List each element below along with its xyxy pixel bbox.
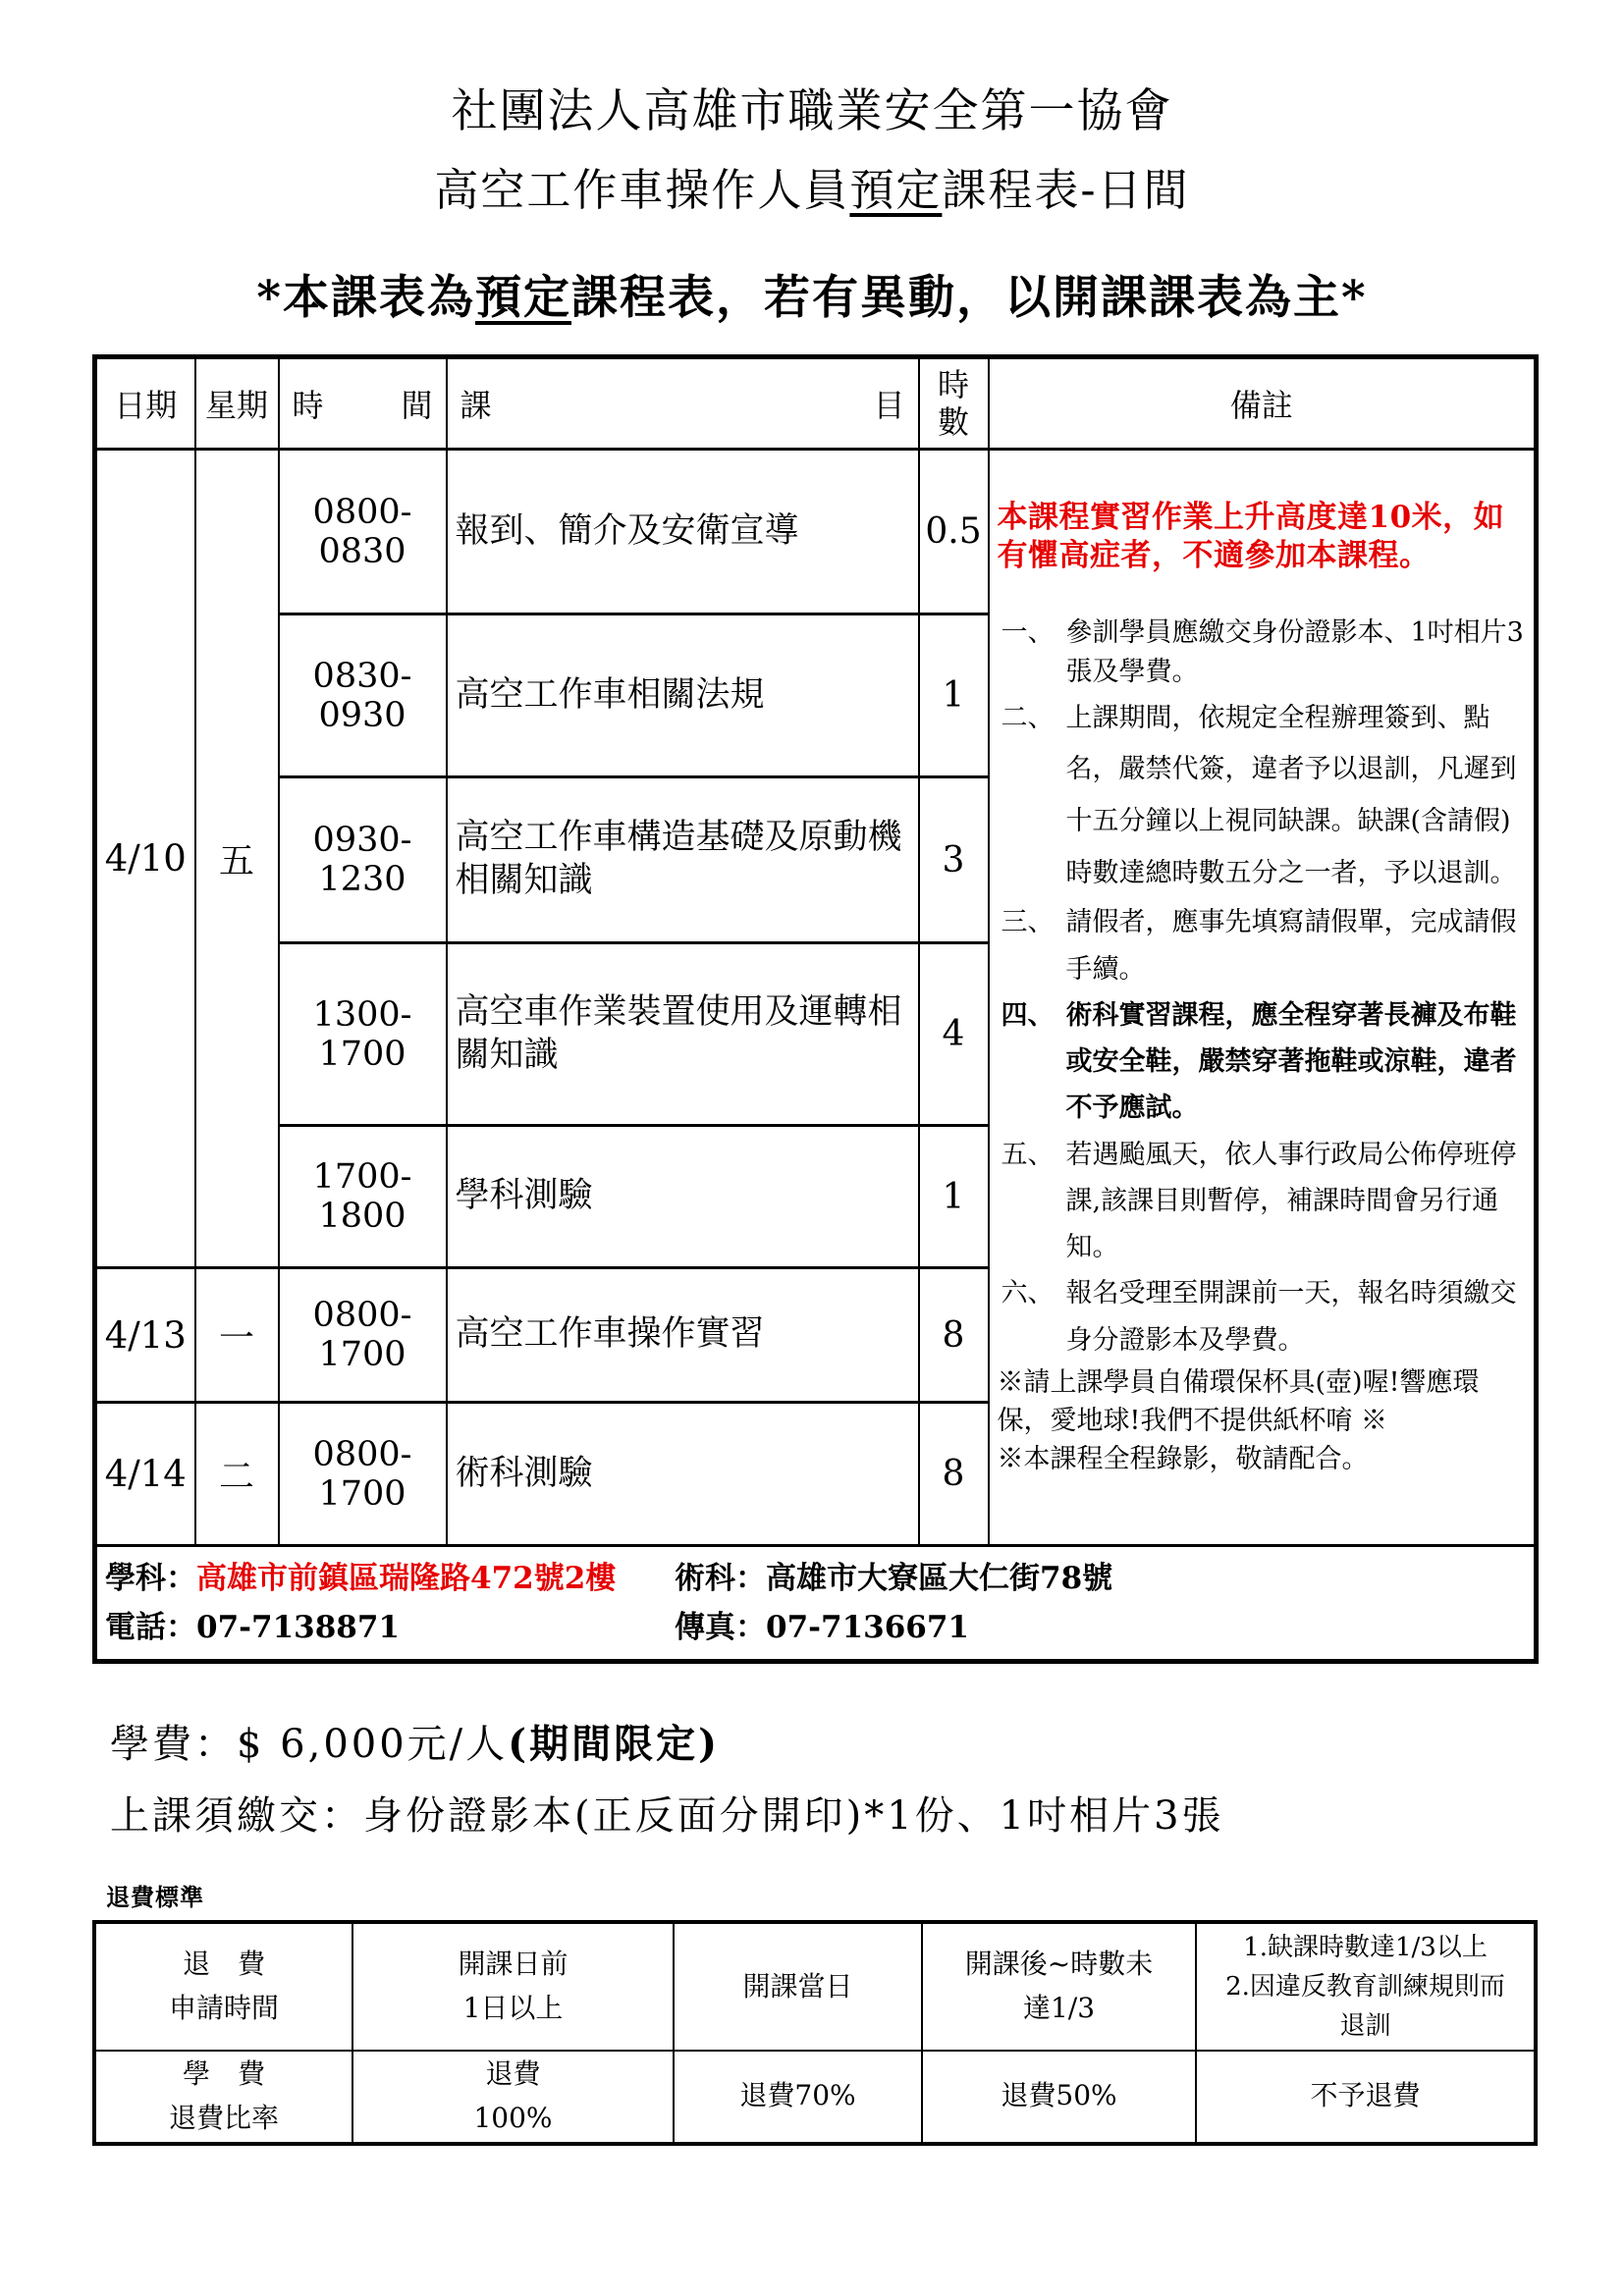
refund-table: 退 費 申請時間 開課日前 1日以上 開課當日 開課後~時數未 達1/3 1.缺… bbox=[92, 1920, 1538, 2146]
schedule-table: 日期 星期 時間 課目 時 數 備註 4/10 五 0800-0830 報到、簡… bbox=[92, 354, 1539, 1664]
refund-header-start-day: 開課當日 bbox=[674, 1922, 922, 2051]
time-cell: 0930-1230 bbox=[279, 777, 447, 943]
phone-label: 電話： bbox=[105, 1610, 196, 1645]
refund-value-row: 學 費 退費比率 退費 100% 退費70% 退費50% 不予退費 bbox=[94, 2051, 1536, 2144]
time-cell: 0830-0930 bbox=[279, 614, 447, 777]
requirements-line: 上課須繳交：身份證影本(正反面分開印)*1份、1吋相片3張 bbox=[110, 1785, 1624, 1841]
subject-cell: 學科測驗 bbox=[447, 1126, 919, 1268]
col-header-weekday: 星期 bbox=[195, 357, 279, 450]
remarks-item-4: 四、術科實習課程，應全程穿著長褲及布鞋或安全鞋，嚴禁穿著拖鞋或涼鞋，違者不予應試… bbox=[998, 992, 1529, 1132]
practice-address-text: 高雄市大寮區大仁街78號 bbox=[766, 1561, 1112, 1596]
theory-label: 學科： bbox=[105, 1561, 196, 1596]
col-header-time-right: 間 bbox=[401, 381, 432, 426]
remarks-item-1-text: 參訓學員應繳交身份證影本、1吋相片3張及學費。 bbox=[1066, 614, 1529, 693]
col-header-time-left: 時 bbox=[293, 381, 324, 426]
remarks-eco-note: ※請上課學員自備環保杯具(壺)喔!響應環保，愛地球!我們不提供紙杯唷 ※ bbox=[998, 1363, 1529, 1440]
subject-cell: 術科測驗 bbox=[447, 1403, 919, 1546]
contact-line: 電話：07-7138871 傳真：07-7136671 bbox=[105, 1603, 1528, 1652]
remarks-item-1: 一、參訓學員應繳交身份證影本、1吋相片3張及學費。 bbox=[998, 614, 1529, 693]
location-footer-cell: 學科：高雄市前鎮區瑞隆路472號2樓 術科：高雄市大寮區大仁街78號 電話：07… bbox=[95, 1546, 1537, 1662]
remarks-item-6-label: 六、 bbox=[1001, 1270, 1066, 1363]
hours-cell: 1 bbox=[919, 1126, 989, 1268]
remarks-item-3-text: 請假者，應事先填寫請假單，完成請假手續。 bbox=[1066, 899, 1529, 992]
refund-50: 退費50% bbox=[922, 2051, 1196, 2144]
refund-header-before-1day: 開課日前 1日以上 bbox=[352, 1922, 674, 2051]
hours-cell: 0.5 bbox=[919, 450, 989, 614]
remarks-recording-note: ※本課程全程錄影，敬請配合。 bbox=[998, 1440, 1529, 1478]
remarks-item-2-label: 二、 bbox=[1001, 693, 1066, 900]
remarks-item-5-text: 若遇颱風天，依人事行政局公佈停班停課,該課目則暫停，補課時間會另行通知。 bbox=[1066, 1132, 1529, 1271]
practice-address: 術科：高雄市大寮區大仁街78號 bbox=[675, 1554, 1112, 1603]
hours-cell: 3 bbox=[919, 777, 989, 943]
hours-cell: 8 bbox=[919, 1268, 989, 1403]
remarks-item-4-label: 四、 bbox=[1001, 992, 1066, 1132]
remarks-item-3: 三、請假者，應事先填寫請假單，完成請假手續。 bbox=[998, 899, 1529, 992]
time-cell: 1700-1800 bbox=[279, 1126, 447, 1268]
col-header-date: 日期 bbox=[95, 357, 195, 450]
time-cell: 0800-0830 bbox=[279, 450, 447, 614]
col-header-subject-left: 課 bbox=[460, 381, 492, 426]
theory-address: 學科：高雄市前鎮區瑞隆路472號2樓 bbox=[105, 1554, 675, 1603]
refund-100: 退費 100% bbox=[352, 2051, 674, 2144]
refund-header-over-third: 1.缺課時數達1/3以上 2.因違反教育訓練規則而 退訓 bbox=[1196, 1922, 1536, 2051]
remarks-item-2-text: 上課期間，依規定全程辦理簽到、點名，嚴禁代簽，違者予以退訓，凡遲到十五分鐘以上視… bbox=[1066, 693, 1529, 900]
refund-table-title: 退費標準 bbox=[106, 1878, 1624, 1912]
tuition-line: 學費：$ 6,000元/人(期間限定) bbox=[110, 1713, 1624, 1769]
practice-label: 術科： bbox=[675, 1561, 766, 1596]
remarks-item-6-text: 報名受理至開課前一天，報名時須繳交身分證影本及學費。 bbox=[1066, 1270, 1529, 1363]
tuition-text: 學費：$ 6,000元/人 bbox=[110, 1722, 508, 1767]
notice-suffix: 課程表，若有異動，以開課課表為主* bbox=[571, 271, 1368, 325]
remarks-cell: 本課程實習作業上升高度達10米，如有懼高症者，不適參加本課程。 一、參訓學員應繳… bbox=[989, 450, 1537, 1546]
remarks-item-3-label: 三、 bbox=[1001, 899, 1066, 992]
remarks-item-5: 五、若遇颱風天，依人事行政局公佈停班停課,該課目則暫停，補課時間會另行通知。 bbox=[998, 1132, 1529, 1271]
col-header-subject: 課目 bbox=[447, 357, 919, 450]
remarks-item-5-label: 五、 bbox=[1001, 1132, 1066, 1271]
date-cell-4-10: 4/10 bbox=[95, 450, 195, 1268]
tuition-emphasis: (期間限定) bbox=[508, 1721, 720, 1767]
hours-cell: 8 bbox=[919, 1403, 989, 1546]
time-cell: 0800-1700 bbox=[279, 1403, 447, 1546]
fax: 傳真：07-7136671 bbox=[675, 1603, 969, 1652]
fax-number: 07-7136671 bbox=[766, 1610, 969, 1645]
col-header-subject-right: 目 bbox=[873, 381, 904, 426]
notice-prefix: *本課表為 bbox=[256, 271, 475, 325]
date-cell-4-14: 4/14 bbox=[95, 1403, 195, 1546]
time-cell: 1300-1700 bbox=[279, 943, 447, 1126]
document-page: 社團法人高雄市職業安全第一協會 高空工作車操作人員預定課程表-日間 *本課表為預… bbox=[0, 0, 1624, 2296]
schedule-header-row: 日期 星期 時間 課目 時 數 備註 bbox=[95, 357, 1537, 450]
course-title-emphasis: 預定 bbox=[849, 164, 942, 216]
notice-emphasis: 預定 bbox=[475, 271, 571, 325]
phone-number: 07-7138871 bbox=[196, 1610, 400, 1645]
course-title-prefix: 高空工作車操作人員 bbox=[434, 164, 849, 216]
fax-label: 傳真： bbox=[675, 1610, 766, 1645]
remarks-item-2: 二、上課期間，依規定全程辦理簽到、點名，嚴禁代簽，違者予以退訓，凡遲到十五分鐘以… bbox=[998, 693, 1529, 900]
remarks-item-6: 六、報名受理至開課前一天，報名時須繳交身分證影本及學費。 bbox=[998, 1270, 1529, 1363]
subject-cell: 高空工作車相關法規 bbox=[447, 614, 919, 777]
remarks-warning: 本課程實習作業上升高度達10米，如有懼高症者，不適參加本課程。 bbox=[998, 499, 1529, 576]
schedule-notice: *本課表為預定課程表，若有異動，以開課課表為主* bbox=[0, 261, 1624, 327]
phone: 電話：07-7138871 bbox=[105, 1603, 675, 1652]
col-header-hours: 時 數 bbox=[919, 357, 989, 450]
subject-cell: 高空工作車構造基礎及原動機相關知識 bbox=[447, 777, 919, 943]
location-footer-row: 學科：高雄市前鎮區瑞隆路472號2樓 術科：高雄市大寮區大仁街78號 電話：07… bbox=[95, 1546, 1537, 1662]
refund-header-row: 退 費 申請時間 開課日前 1日以上 開課當日 開課後~時數未 達1/3 1.缺… bbox=[94, 1922, 1536, 2051]
refund-ratio-label: 學 費 退費比率 bbox=[94, 2051, 352, 2144]
refund-none: 不予退費 bbox=[1196, 2051, 1536, 2144]
remarks-content: 本課程實習作業上升高度達10米，如有懼高症者，不適參加本課程。 一、參訓學員應繳… bbox=[998, 499, 1529, 1502]
remarks-item-1-label: 一、 bbox=[1001, 614, 1066, 693]
subject-cell: 高空車作業裝置使用及運轉相關知識 bbox=[447, 943, 919, 1126]
date-cell-4-13: 4/13 bbox=[95, 1268, 195, 1403]
hours-cell: 1 bbox=[919, 614, 989, 777]
col-header-time: 時間 bbox=[279, 357, 447, 450]
org-title: 社團法人高雄市職業安全第一協會 bbox=[0, 0, 1624, 140]
course-title: 高空工作車操作人員預定課程表-日間 bbox=[0, 154, 1624, 218]
time-cell: 0800-1700 bbox=[279, 1268, 447, 1403]
subject-cell: 報到、簡介及安衛宣導 bbox=[447, 450, 919, 614]
address-line: 學科：高雄市前鎮區瑞隆路472號2樓 術科：高雄市大寮區大仁街78號 bbox=[105, 1554, 1528, 1603]
hours-cell: 4 bbox=[919, 943, 989, 1126]
theory-address-text: 高雄市前鎮區瑞隆路472號2樓 bbox=[196, 1561, 616, 1596]
remarks-item-4-text: 術科實習課程，應全程穿著長褲及布鞋或安全鞋，嚴禁穿著拖鞋或涼鞋，違者不予應試。 bbox=[1066, 992, 1529, 1132]
course-title-suffix: 課程表-日間 bbox=[942, 164, 1189, 216]
weekday-cell-4-10: 五 bbox=[195, 450, 279, 1268]
col-header-remarks: 備註 bbox=[989, 357, 1537, 450]
subject-cell: 高空工作車操作實習 bbox=[447, 1268, 919, 1403]
weekday-cell-4-13: 一 bbox=[195, 1268, 279, 1403]
refund-header-apply-time: 退 費 申請時間 bbox=[94, 1922, 352, 2051]
weekday-cell-4-14: 二 bbox=[195, 1403, 279, 1546]
schedule-row: 4/10 五 0800-0830 報到、簡介及安衛宣導 0.5 本課程實習作業上… bbox=[95, 450, 1537, 614]
refund-70: 退費70% bbox=[674, 2051, 922, 2144]
refund-header-under-third: 開課後~時數未 達1/3 bbox=[922, 1922, 1196, 2051]
